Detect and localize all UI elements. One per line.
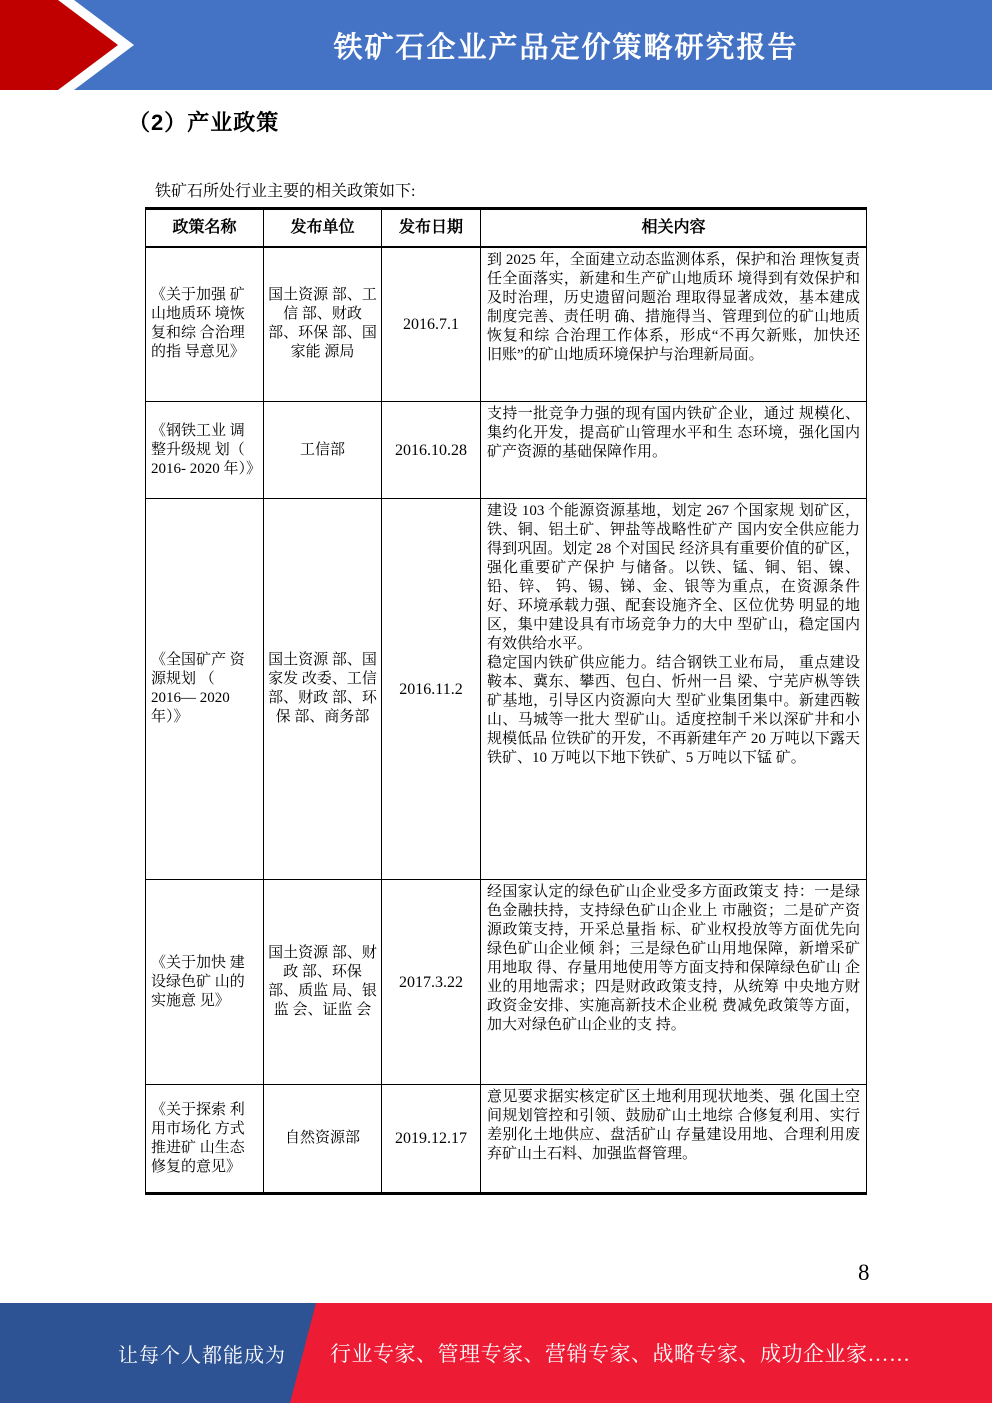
column-header-policy-name: 政策名称: [146, 209, 264, 247]
policy-name: 《全国矿产 资源规划 （ 2016— 2020 年）》: [146, 499, 264, 880]
table-row: 《关于加快 建设绿色矿 山的实施意 见》 国土资源 部、财政 部、环保 部、质监…: [146, 880, 867, 1085]
policy-content: 意见要求据实核定矿区土地利用现状地类、强 化国土空间规划管控和引领、鼓励矿山土地…: [481, 1085, 867, 1194]
policy-name: 《关于加快 建设绿色矿 山的实施意 见》: [146, 880, 264, 1085]
policy-publisher: 工信部: [264, 402, 382, 499]
column-header-publisher: 发布单位: [264, 209, 382, 247]
policy-publisher: 国土资源 部、工信 部、财政 部、环保 部、国家能 源局: [264, 247, 382, 402]
header-banner: 铁矿石企业产品定价策略研究报告: [0, 0, 992, 90]
policy-date: 2016.7.1: [382, 247, 481, 402]
table-row: 《全国矿产 资源规划 （ 2016— 2020 年）》 国土资源 部、国家发 改…: [146, 499, 867, 880]
arrow-icon: [0, 0, 130, 90]
policy-content: 建设 103 个能源资源基地，划定 267 个国家规 划矿区，铁、铜、铝土矿、钾…: [481, 499, 867, 880]
policy-name: 《关于加强 矿山地质环 境恢复和综 合治理的指 导意见》: [146, 247, 264, 402]
policy-name: 《关于探索 利用市场化 方式推进矿 山生态修复的意见》: [146, 1085, 264, 1194]
footer-slogan-right: 行业专家、管理专家、营销专家、战略专家、成功企业家……: [330, 1303, 972, 1403]
column-header-content: 相关内容: [481, 209, 867, 247]
section-heading: （2）产业政策: [128, 106, 279, 137]
policy-date: 2019.12.17: [382, 1085, 481, 1194]
policy-date: 2016.10.28: [382, 402, 481, 499]
footer-slogan-left: 让每个人都能成为: [118, 1303, 290, 1403]
table-header-row: 政策名称 发布单位 发布日期 相关内容: [146, 209, 867, 247]
footer-banner: 让每个人都能成为 行业专家、管理专家、营销专家、战略专家、成功企业家……: [0, 1303, 992, 1403]
policy-publisher: 自然资源部: [264, 1085, 382, 1194]
policy-table: 政策名称 发布单位 发布日期 相关内容 《关于加强 矿山地质环 境恢复和综 合治…: [145, 207, 867, 1195]
policy-publisher: 国土资源 部、财政 部、环保 部、质监 局、银监 会、证监 会: [264, 880, 382, 1085]
table-caption: 铁矿石所处行业主要的相关政策如下:: [155, 178, 415, 201]
report-title: 铁矿石企业产品定价策略研究报告: [140, 0, 992, 90]
report-page: 铁矿石企业产品定价策略研究报告 （2）产业政策 铁矿石所处行业主要的相关政策如下…: [0, 0, 992, 1403]
policy-name: 《钢铁工业 调整升级规 划（ 2016- 2020 年）》: [146, 402, 264, 499]
page-number: 8: [858, 1260, 870, 1286]
policy-date: 2016.11.2: [382, 499, 481, 880]
table-row: 《钢铁工业 调整升级规 划（ 2016- 2020 年）》 工信部 2016.1…: [146, 402, 867, 499]
policy-content: 支持一批竞争力强的现有国内铁矿企业，通过 规模化、集约化开发，提高矿山管理水平和…: [481, 402, 867, 499]
table-row: 《关于加强 矿山地质环 境恢复和综 合治理的指 导意见》 国土资源 部、工信 部…: [146, 247, 867, 402]
column-header-date: 发布日期: [382, 209, 481, 247]
policy-content: 经国家认定的绿色矿山企业受多方面政策支 持：一是绿色金融扶持，支持绿色矿山企业上…: [481, 880, 867, 1085]
table-row: 《关于探索 利用市场化 方式推进矿 山生态修复的意见》 自然资源部 2019.1…: [146, 1085, 867, 1194]
policy-content: 到 2025 年，全面建立动态监测体系，保护和治 理恢复责任全面落实，新建和生产…: [481, 247, 867, 402]
policy-publisher: 国土资源 部、国家发 改委、工信 部、财政 部、环保 部、商务部: [264, 499, 382, 880]
policy-date: 2017.3.22: [382, 880, 481, 1085]
